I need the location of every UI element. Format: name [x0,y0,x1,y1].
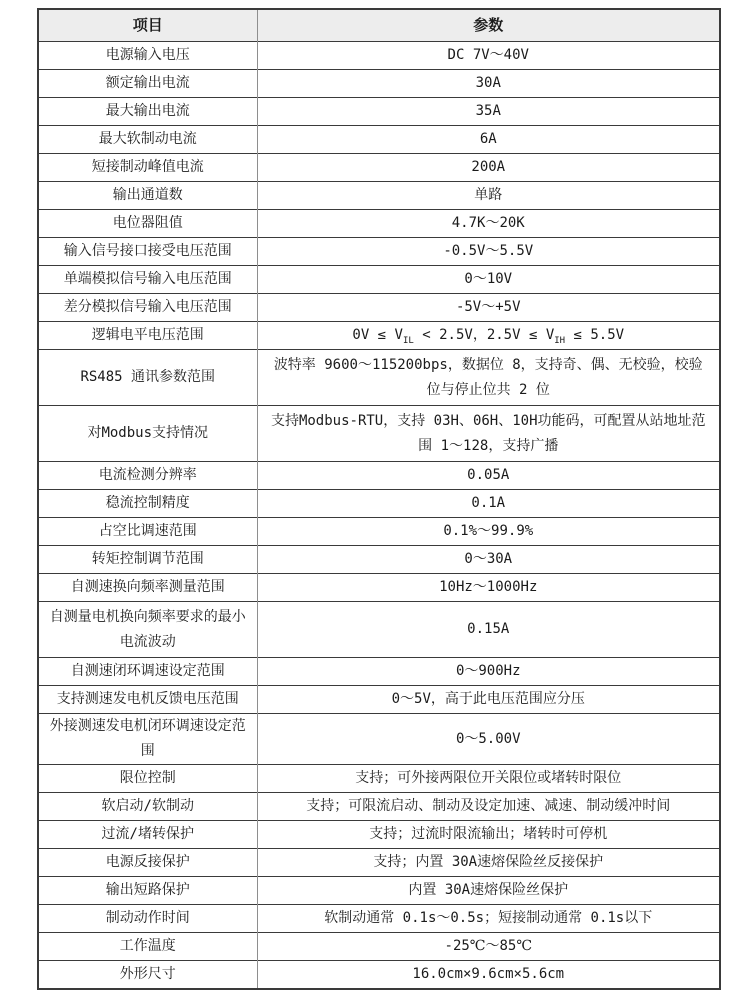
spec-sheet-page: 项目 参数 电源输入电压 DC 7V～40V 额定输出电流 30A 最大输出电流… [0,0,750,996]
spec-value-cell: 支持；内置 30A速熔保险丝反接保护 [257,849,720,877]
table-row: 工作温度 -25℃～85℃ [38,933,720,961]
table-header-row: 项目 参数 [38,9,720,42]
spec-item-cell: 占空比调速范围 [38,518,257,546]
spec-item-cell: 单端模拟信号输入电压范围 [38,266,257,294]
table-row: 短接制动峰值电流 200A [38,154,720,182]
table-row: 单端模拟信号输入电压范围 0～10V [38,266,720,294]
logic-level-text: 0V ≤ V [352,327,403,343]
spec-item-cell: 对Modbus支持情况 [38,406,257,462]
table-row: 输出短路保护 内置 30A速熔保险丝保护 [38,877,720,905]
spec-item-cell: 外形尺寸 [38,961,257,990]
spec-value-cell: 0～10V [257,266,720,294]
spec-value-cell: 0V ≤ VIL < 2.5V，2.5V ≤ VIH ≤ 5.5V [257,322,720,350]
spec-value-cell: 0～5.00V [257,714,720,765]
spec-value-cell: 16.0cm×9.6cm×5.6cm [257,961,720,990]
table-row: 过流/堵转保护 支持；过流时限流输出；堵转时可停机 [38,821,720,849]
subscript-vil: IL [403,336,414,346]
spec-value-cell: DC 7V～40V [257,42,720,70]
spec-item-cell: 电源反接保护 [38,849,257,877]
spec-item-cell: 外接测速发电机闭环调速设定范围 [38,714,257,765]
spec-value-cell: 6A [257,126,720,154]
logic-level-text: < 2.5V，2.5V ≤ V [414,327,554,343]
spec-value-cell: 单路 [257,182,720,210]
table-row: 电源输入电压 DC 7V～40V [38,42,720,70]
spec-item-cell: 工作温度 [38,933,257,961]
spec-value-cell: -0.5V～5.5V [257,238,720,266]
spec-item-cell: 限位控制 [38,765,257,793]
spec-item-cell: 软启动/软制动 [38,793,257,821]
table-row: 限位控制 支持；可外接两限位开关限位或堵转时限位 [38,765,720,793]
table-row: 额定输出电流 30A [38,70,720,98]
spec-item-cell: 电位器阻值 [38,210,257,238]
column-header-item: 项目 [38,9,257,42]
spec-value-cell: 软制动通常 0.1s～0.5s；短接制动通常 0.1s以下 [257,905,720,933]
table-row: 自测速换向频率测量范围 10Hz～1000Hz [38,574,720,602]
spec-item-cell: 电源输入电压 [38,42,257,70]
spec-item-cell: 制动动作时间 [38,905,257,933]
column-header-param: 参数 [257,9,720,42]
table-row: 差分模拟信号输入电压范围 -5V～+5V [38,294,720,322]
spec-value-cell: -25℃～85℃ [257,933,720,961]
spec-value-cell: 0～30A [257,546,720,574]
spec-item-cell: 输出短路保护 [38,877,257,905]
spec-value-cell: 10Hz～1000Hz [257,574,720,602]
spec-value-cell: 0.1%～99.9% [257,518,720,546]
spec-value-cell: 支持Modbus-RTU，支持 03H、06H、10H功能码，可配置从站地址范围… [257,406,720,462]
table-row: 自测速闭环调速设定范围 0～900Hz [38,658,720,686]
table-row: 软启动/软制动 支持；可限流启动、制动及设定加速、减速、制动缓冲时间 [38,793,720,821]
logic-level-text: ≤ 5.5V [565,327,624,343]
table-row: 稳流控制精度 0.1A [38,490,720,518]
spec-value-cell: 0～5V，高于此电压范围应分压 [257,686,720,714]
table-row: 占空比调速范围 0.1%～99.9% [38,518,720,546]
spec-item-cell: 额定输出电流 [38,70,257,98]
spec-value-cell: 200A [257,154,720,182]
spec-item-cell: 过流/堵转保护 [38,821,257,849]
subscript-vih: IH [554,336,565,346]
spec-value-cell: 35A [257,98,720,126]
spec-value-cell: 波特率 9600～115200bps，数据位 8，支持奇、偶、无校验，校验位与停… [257,350,720,406]
table-row: 电源反接保护 支持；内置 30A速熔保险丝反接保护 [38,849,720,877]
spec-value-cell: 0～900Hz [257,658,720,686]
table-row: 最大软制动电流 6A [38,126,720,154]
spec-item-cell: 差分模拟信号输入电压范围 [38,294,257,322]
spec-value-cell: -5V～+5V [257,294,720,322]
table-row: 最大输出电流 35A [38,98,720,126]
table-row: 输入信号接口接受电压范围 -0.5V～5.5V [38,238,720,266]
spec-item-cell: 短接制动峰值电流 [38,154,257,182]
spec-item-cell: 电流检测分辨率 [38,462,257,490]
table-row: RS485 通讯参数范围 波特率 9600～115200bps，数据位 8，支持… [38,350,720,406]
spec-value-cell: 4.7K～20K [257,210,720,238]
spec-value-cell: 0.05A [257,462,720,490]
spec-value-cell: 内置 30A速熔保险丝保护 [257,877,720,905]
table-row: 电流检测分辨率 0.05A [38,462,720,490]
spec-value-cell: 支持；可限流启动、制动及设定加速、减速、制动缓冲时间 [257,793,720,821]
spec-table: 项目 参数 电源输入电压 DC 7V～40V 额定输出电流 30A 最大输出电流… [37,8,721,990]
spec-value-cell: 支持；可外接两限位开关限位或堵转时限位 [257,765,720,793]
table-row: 外接测速发电机闭环调速设定范围 0～5.00V [38,714,720,765]
spec-item-cell: 最大输出电流 [38,98,257,126]
spec-item-cell: 自测量电机换向频率要求的最小电流波动 [38,602,257,658]
table-row: 输出通道数 单路 [38,182,720,210]
spec-value-cell: 0.15A [257,602,720,658]
spec-item-cell: 逻辑电平电压范围 [38,322,257,350]
table-row: 制动动作时间 软制动通常 0.1s～0.5s；短接制动通常 0.1s以下 [38,905,720,933]
spec-item-cell: 输入信号接口接受电压范围 [38,238,257,266]
table-row: 对Modbus支持情况 支持Modbus-RTU，支持 03H、06H、10H功… [38,406,720,462]
spec-item-cell: 最大软制动电流 [38,126,257,154]
spec-item-cell: RS485 通讯参数范围 [38,350,257,406]
spec-item-cell: 稳流控制精度 [38,490,257,518]
table-row: 支持测速发电机反馈电压范围 0～5V，高于此电压范围应分压 [38,686,720,714]
spec-value-cell: 30A [257,70,720,98]
spec-item-cell: 转矩控制调节范围 [38,546,257,574]
spec-item-cell: 输出通道数 [38,182,257,210]
table-row-logic-level: 逻辑电平电压范围 0V ≤ VIL < 2.5V，2.5V ≤ VIH ≤ 5.… [38,322,720,350]
spec-value-cell: 支持；过流时限流输出；堵转时可停机 [257,821,720,849]
table-row: 自测量电机换向频率要求的最小电流波动 0.15A [38,602,720,658]
table-row: 转矩控制调节范围 0～30A [38,546,720,574]
table-row: 外形尺寸 16.0cm×9.6cm×5.6cm [38,961,720,990]
spec-item-cell: 支持测速发电机反馈电压范围 [38,686,257,714]
table-row: 电位器阻值 4.7K～20K [38,210,720,238]
spec-item-cell: 自测速换向频率测量范围 [38,574,257,602]
spec-item-cell: 自测速闭环调速设定范围 [38,658,257,686]
spec-value-cell: 0.1A [257,490,720,518]
